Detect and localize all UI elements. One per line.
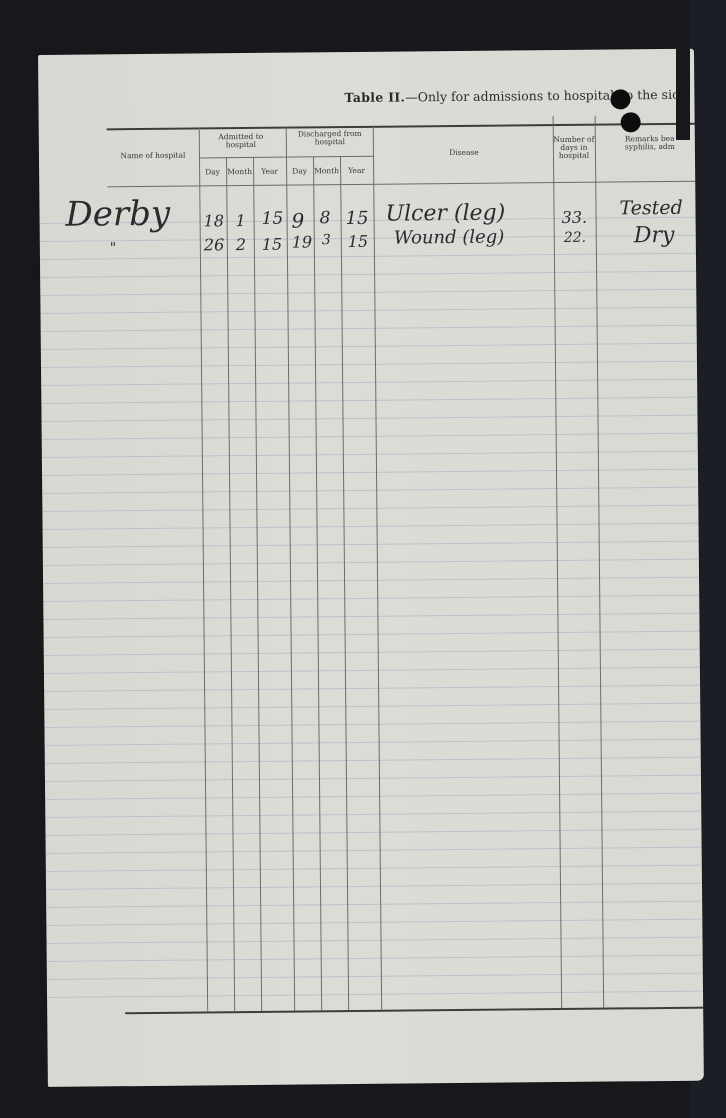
remarks: Dry [634, 223, 675, 248]
disch-day: 9 [291, 208, 304, 232]
hospital-name: Derby [65, 194, 170, 235]
header-admitted: Admitted to hospital [211, 133, 271, 150]
header-admit-month: Month [226, 168, 253, 176]
disch-day: 19 [292, 232, 313, 251]
header-discharged: Discharged from hospital [297, 130, 363, 147]
header-admit-year: Year [253, 168, 286, 176]
punch-hole [610, 89, 630, 109]
header-days-in-hospital: Number of days in hospital [553, 136, 595, 160]
admit-year: 15 [261, 209, 283, 229]
disch-year: 15 [345, 208, 368, 229]
days-in-hospital: 22. [564, 230, 586, 246]
header-disch-year: Year [340, 167, 373, 175]
header-admit-day: Day [199, 168, 226, 176]
disch-month: 3 [322, 232, 331, 248]
header-name-of-hospital: Name of hospital [107, 151, 199, 160]
admit-month: 1 [236, 211, 246, 230]
header-disch-day: Day [286, 167, 313, 175]
days-in-hospital: 33. [561, 208, 587, 227]
admit-year: 15 [262, 235, 283, 254]
disch-month: 8 [319, 208, 330, 228]
header-disease: Disease [419, 148, 509, 157]
disease: Wound (leg) [394, 227, 505, 249]
disch-year: 15 [348, 232, 369, 251]
disease: Ulcer (leg) [385, 201, 505, 227]
page-edge-shadow [676, 40, 690, 140]
admit-day: 26 [204, 235, 225, 254]
admit-day: 18 [204, 211, 225, 230]
remarks: Tested [619, 197, 682, 220]
form-page: Table II.—Only for admissions to hospita… [38, 49, 704, 1087]
hospital-name: " [110, 240, 117, 256]
admit-month: 2 [236, 235, 246, 254]
header-disch-month: Month [313, 167, 340, 175]
punch-hole [621, 112, 641, 132]
